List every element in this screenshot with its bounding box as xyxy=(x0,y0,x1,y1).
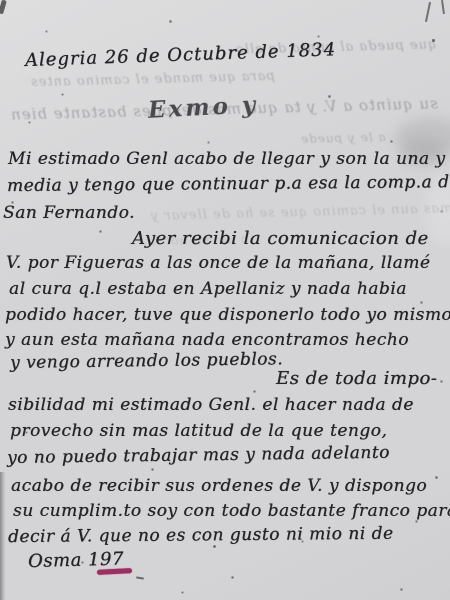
handwriting-line: sibilidad mi estimado Genl. el hacer nad… xyxy=(8,395,414,415)
scan-edge-shadow xyxy=(0,472,5,600)
scanned-letter-page: que pueda al punto de ello para que mand… xyxy=(0,0,450,600)
handwriting-line: podido hacer, tuve que disponerlo todo y… xyxy=(5,305,450,325)
handwriting-line: y aun esta mañana nada encontramos hecho xyxy=(5,330,409,350)
bleedthrough-flourish: Exmo y xyxy=(147,91,259,124)
handwriting-line: y vengo arreando los pueblos. xyxy=(10,349,283,373)
ink-smudge xyxy=(425,2,431,22)
handwriting-line: provecho sin mas latitud de la que tengo… xyxy=(10,421,387,441)
handwriting-line: acabo de recibir sus ordenes de V. y dis… xyxy=(11,476,427,496)
handwriting-line: Es de toda impo- xyxy=(276,368,437,389)
bleedthrough-line: para que mande el camino antes xyxy=(30,69,275,90)
handwriting-line: Ayer recibi la comunicacion de xyxy=(132,228,429,249)
handwriting-line: San Fernando. xyxy=(3,203,135,223)
bleedthrough-line: a le y puede xyxy=(300,130,386,146)
handwriting-line: media y tengo que continuar p.a esa la c… xyxy=(7,172,450,196)
bleedthrough-line: mas aun el camino que se ha de llevar y xyxy=(150,201,450,224)
handwriting-line: decir á V. que no es con gusto ni mio ni… xyxy=(8,524,394,547)
handwriting-line: al cura q.l estaba en Apellaniz y nada h… xyxy=(9,279,407,299)
ink-smudge xyxy=(0,0,7,14)
handwriting-line: yo no puedo trabajar mas y nada adelanto xyxy=(7,443,390,468)
handwriting-line: V. por Figueras a las once de la mañana,… xyxy=(6,253,430,273)
ink-underline xyxy=(97,568,132,575)
dateline: Alegria 26 de Octubre de 1834 xyxy=(25,39,337,71)
handwriting-line: su cumplim.to soy con todo bastante fran… xyxy=(13,501,450,521)
ink-smudge xyxy=(441,0,445,14)
ink-dash xyxy=(136,576,144,579)
handwriting-line: Mi estimado Genl acabo de llegar y son l… xyxy=(8,149,446,169)
